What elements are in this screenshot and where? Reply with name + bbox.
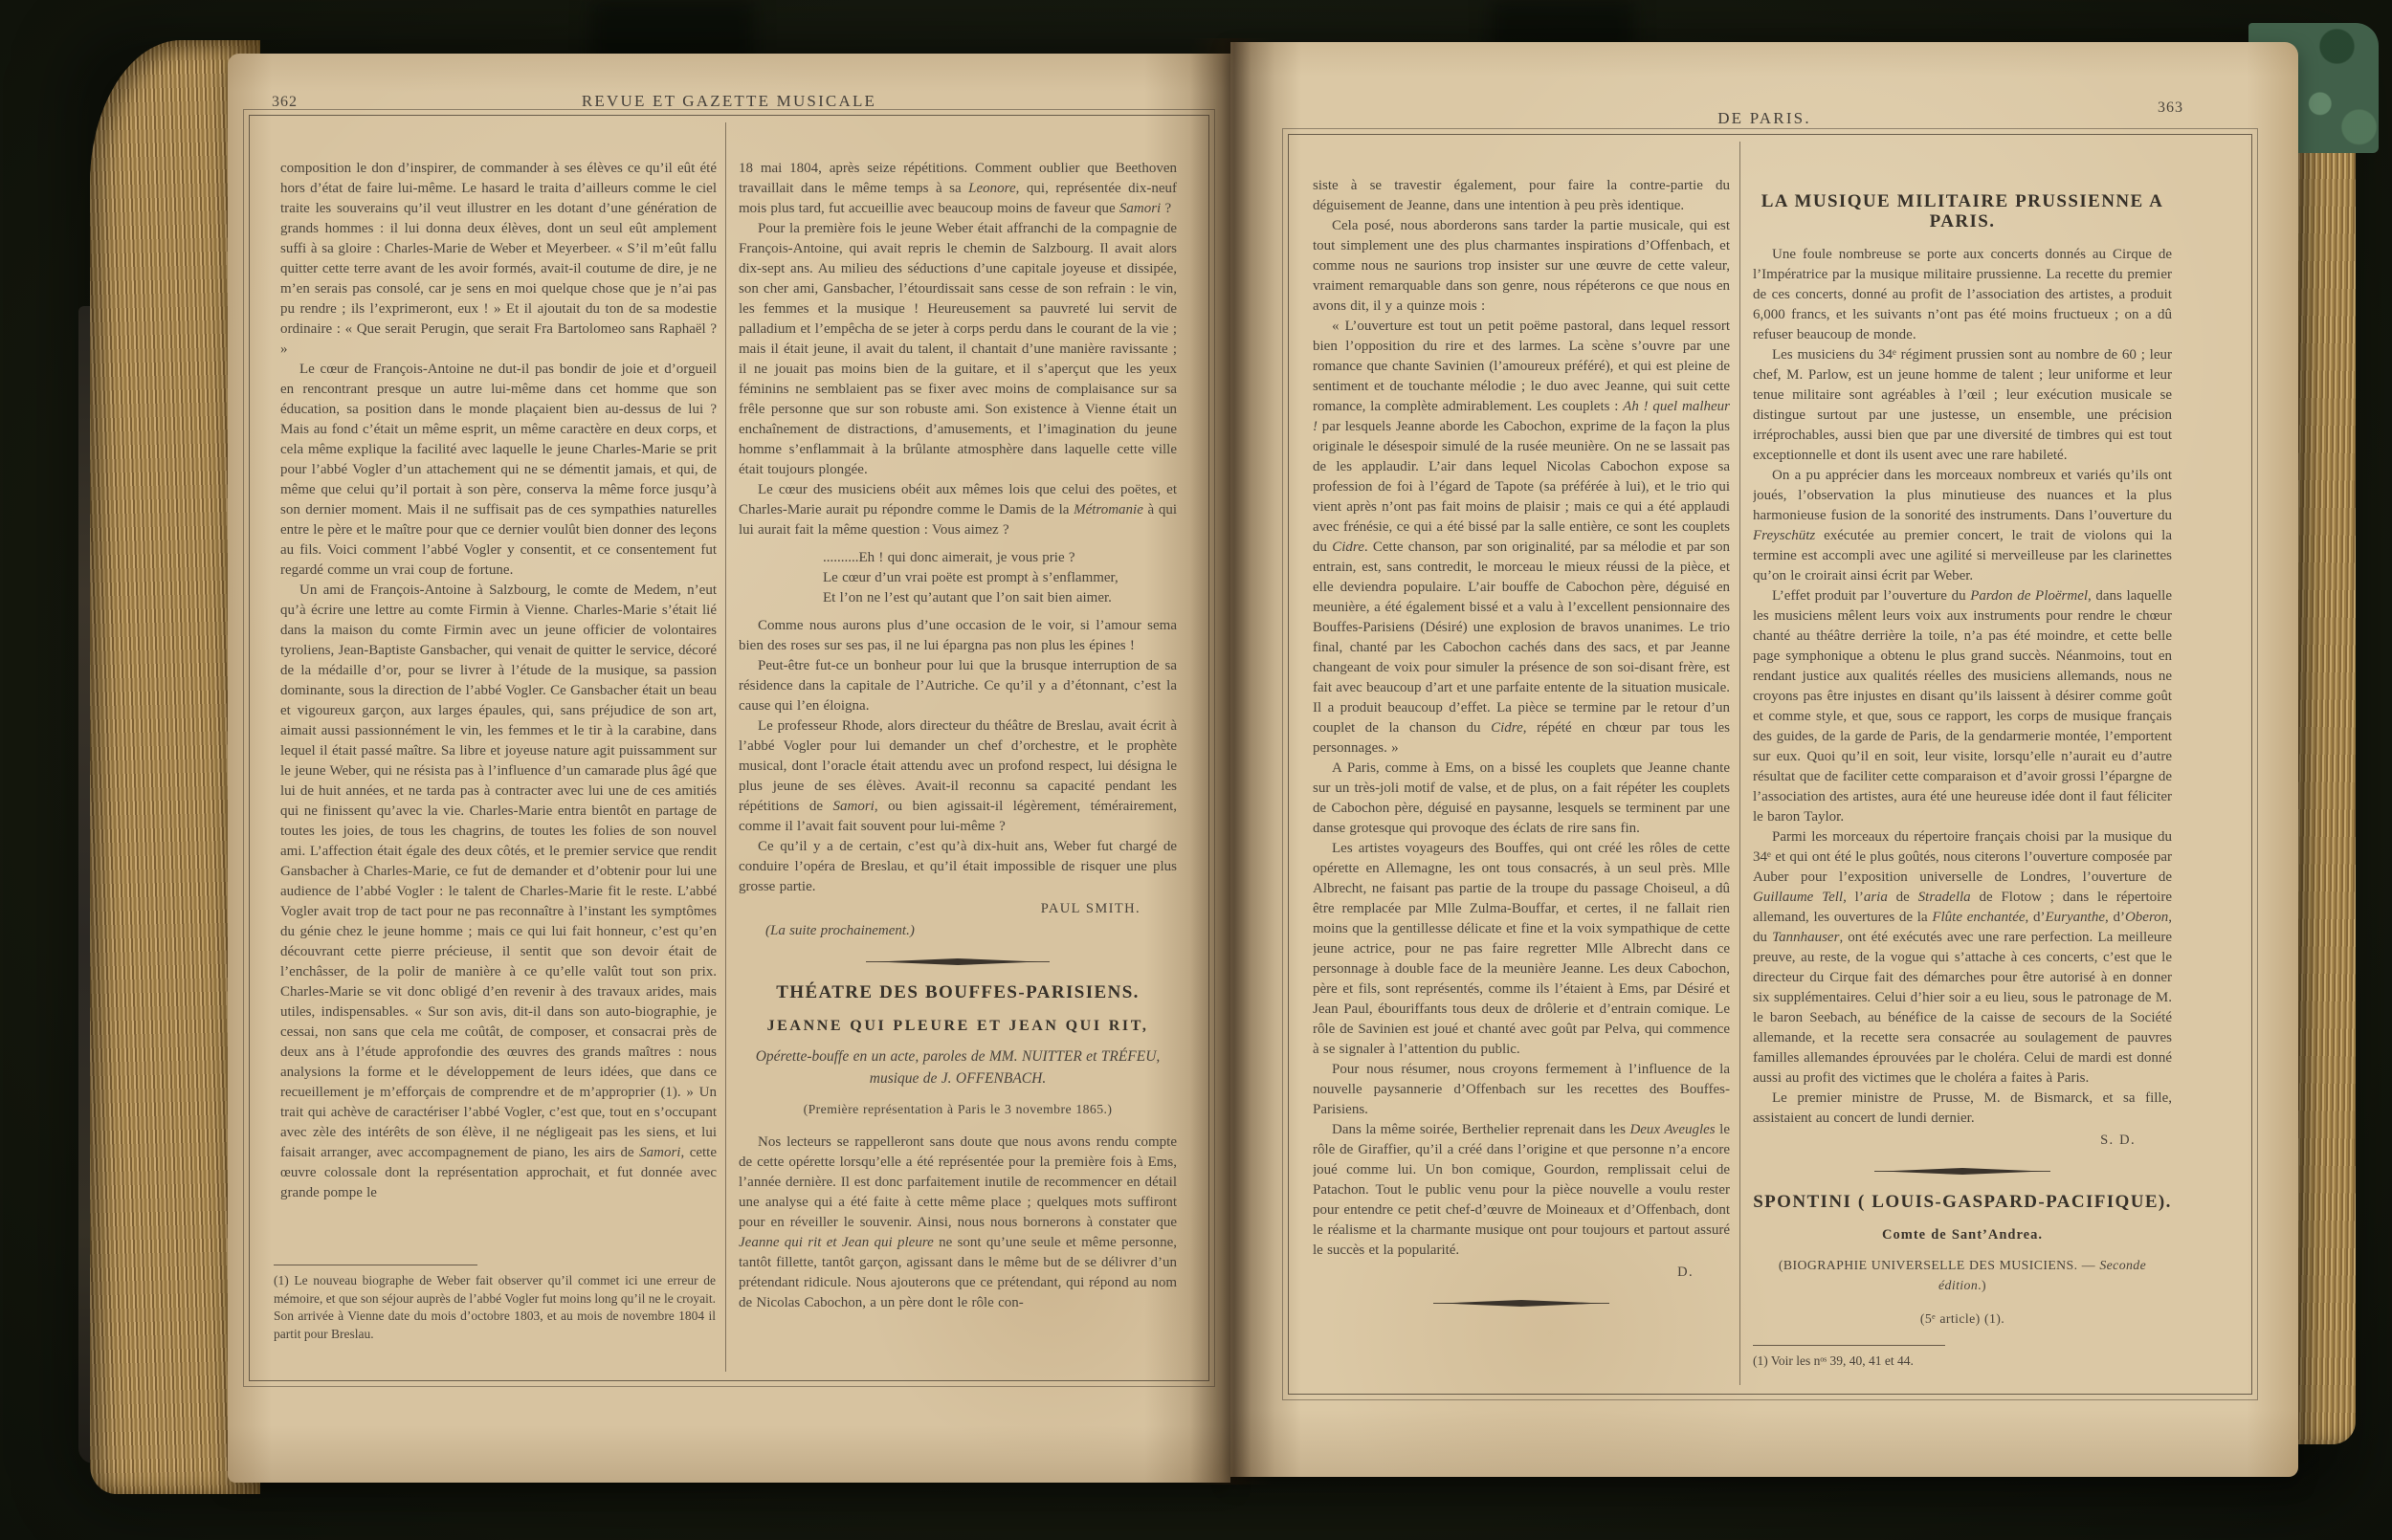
block-p: Nos lecteurs se rappelleront sans doute … [739, 1133, 1177, 1313]
block-p: Une foule nombreuse se porte aux concert… [1753, 245, 2172, 345]
footnote-right-page: (1) Voir les nᵒˢ 39, 40, 41 et 44. [1753, 1345, 2172, 1371]
block-pc: composition le don d’inspirer, de comman… [280, 159, 717, 360]
journal-page-right-363: DE PARIS. 363 siste à se travestir égale… [1230, 42, 2298, 1477]
block-p: Ce qu’il y a de certain, c’est qu’à dix-… [739, 837, 1177, 897]
photographed-open-book: { "colors": { "paper": "#d8c4a1", "ink":… [0, 0, 2392, 1540]
block-h-major: SPONTINI ( LOUIS-GASPARD-PACIFIQUE). [1753, 1192, 2172, 1212]
block-h-fat: JEANNE QUI PLEURE ET JEAN QUI RIT, [739, 1016, 1177, 1036]
footnote-left-page: (1) Le nouveau biographe de Weber fait o… [274, 1265, 716, 1343]
block-h-major: THÉATRE DES BOUFFES-PARISIENS. [739, 982, 1177, 1002]
block-p: Cela posé, nous aborderons sans tarder l… [1313, 216, 1730, 317]
block-p: Pour la première fois le jeune Weber éta… [739, 219, 1177, 480]
page-stack-fore-edge-right [2292, 55, 2356, 1444]
block-p: Dans la même soirée, Berthelier reprenai… [1313, 1120, 1730, 1261]
block-p: Comme nous aurons plus d’une occasion de… [739, 616, 1177, 656]
block-note: (La suite prochainement.) [765, 921, 1177, 941]
block-sig: D. [1313, 1263, 1730, 1283]
block-p: A Paris, comme à Ems, on a bissé les cou… [1313, 759, 1730, 839]
block-p: « L’ouverture est tout un petit poëme pa… [1313, 317, 1730, 759]
block-divider [1753, 1168, 2172, 1175]
journal-page-left-362: 362 REVUE ET GAZETTE MUSICALE compositio… [228, 54, 1230, 1483]
block-p: Le cœur de François-Antoine ne dut-il pa… [280, 360, 717, 581]
column-divider-right-page [1739, 142, 1740, 1385]
block-pc: siste à se travestir également, pour fai… [1313, 176, 1730, 216]
block-p: Pour nous résumer, nous croyons fermemen… [1313, 1060, 1730, 1120]
block-h-italic: Opérette-bouffe en un acte, paroles de M… [739, 1045, 1177, 1089]
block-p: Peut-être fut-ce un bonheur pour lui que… [739, 656, 1177, 716]
column-divider-left-page [725, 122, 726, 1372]
left-page-column-1: composition le don d’inspirer, de comman… [280, 159, 717, 1259]
left-page-column-2: 18 mai 1804, après seize répétitions. Co… [739, 159, 1177, 1379]
block-h-fat-small: Comte de Sant’Andrea. [1753, 1225, 2172, 1245]
page-number-right: 363 [2158, 99, 2183, 117]
right-page-column-2: LA MUSIQUE MILITAIRE PRUSSIENNE A PARIS.… [1753, 176, 2172, 1333]
block-p: Les musiciens du 34ᵉ régiment prussien s… [1753, 345, 2172, 466]
block-p: Un ami de François-Antoine à Salzbourg, … [280, 581, 717, 1203]
block-h-sub: (BIOGRAPHIE UNIVERSELLE DES MUSICIENS. —… [1753, 1255, 2172, 1295]
block-sig: PAUL SMITH. [739, 899, 1177, 919]
block-p: Le cœur des musiciens obéit aux mêmes lo… [739, 480, 1177, 540]
block-divider [1313, 1300, 1730, 1307]
block-sig: S. D. [1753, 1131, 2172, 1151]
block-p: Le professeur Rhode, alors directeur du … [739, 716, 1177, 837]
block-h-sub: (5ᵉ article) (1). [1753, 1309, 2172, 1329]
block-pc: 18 mai 1804, après seize répétitions. Co… [739, 159, 1177, 219]
block-h-major: LA MUSIQUE MILITAIRE PRUSSIENNE A PARIS. [1753, 191, 2172, 231]
block-p: Le premier ministre de Prusse, M. de Bis… [1753, 1089, 2172, 1129]
running-title-right: DE PARIS. [1230, 109, 2298, 128]
running-title-left: REVUE ET GAZETTE MUSICALE [228, 92, 1230, 111]
block-h-sub: (Première représentation à Paris le 3 no… [739, 1099, 1177, 1119]
block-p: Les artistes voyageurs des Bouffes, qui … [1313, 839, 1730, 1060]
block-p: L’effet produit par l’ouverture du Pardo… [1753, 586, 2172, 827]
block-p: Parmi les morceaux du répertoire françai… [1753, 827, 2172, 1089]
block-p: On a pu apprécier dans les morceaux nomb… [1753, 466, 2172, 586]
block-divider [739, 958, 1177, 965]
right-page-column-1: siste à se travestir également, pour fai… [1313, 176, 1730, 1372]
block-verse: ..........Eh ! qui donc aimerait, je vou… [823, 548, 1177, 608]
